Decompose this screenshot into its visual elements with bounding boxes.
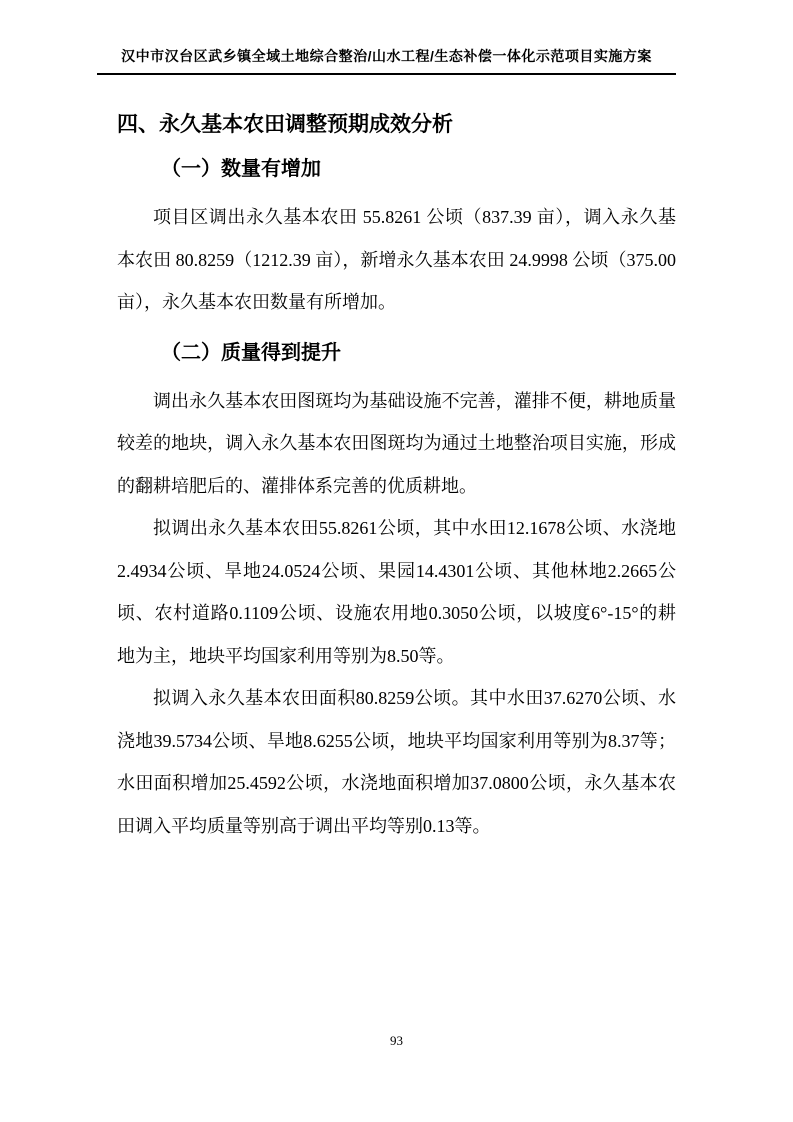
chapter-title: 四、永久基本农田调整预期成效分析 [117, 110, 676, 140]
document-page: 汉中市汉台区武乡镇全域土地综合整治/山水工程/生态补偿一体化示范项目实施方案 四… [0, 0, 793, 1122]
page-number: 93 [390, 1033, 403, 1048]
page-footer: 93 [0, 1033, 793, 1049]
paragraph-quality-2: 拟调出永久基本农田55.8261公顷，其中水田12.1678公顷、水浇地2.49… [117, 507, 676, 677]
section-heading-quality: （二）质量得到提升 [117, 338, 676, 368]
page-header: 汉中市汉台区武乡镇全域土地综合整治/山水工程/生态补偿一体化示范项目实施方案 [97, 46, 676, 75]
section-heading-quantity: （一）数量有增加 [117, 154, 676, 184]
paragraph-quantity-1: 项目区调出永久基本农田 55.8261 公顷（837.39 亩），调入永久基本农… [117, 196, 676, 324]
paragraph-quality-3: 拟调入永久基本农田面积80.8259公顷。其中水田37.6270公顷、水浇地39… [117, 677, 676, 847]
header-title: 汉中市汉台区武乡镇全域土地综合整治/山水工程/生态补偿一体化示范项目实施方案 [121, 48, 652, 64]
paragraph-quality-1: 调出永久基本农田图斑均为基础设施不完善，灌排不便，耕地质量较差的地块，调入永久基… [117, 380, 676, 508]
document-body: 四、永久基本农田调整预期成效分析 （一）数量有增加 项目区调出永久基本农田 55… [117, 96, 676, 847]
